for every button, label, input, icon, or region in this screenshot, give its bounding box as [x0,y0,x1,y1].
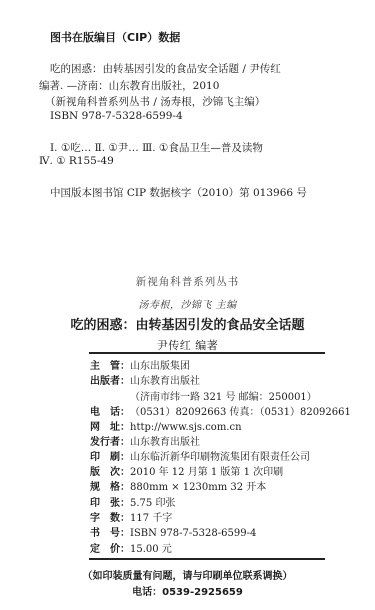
quality-note: （如印装质量有问题，请与印刷单位联系调换） [0,567,375,582]
colophon-row-phone: 电 话：（0531）82092663 传真：（0531）82092661 [90,403,351,418]
colophon-row-wordcount: 字 数：117 千字 [90,509,172,524]
colophon-row-sheets: 印 张：5.75 印张 [90,494,175,509]
divider-top [89,352,325,354]
printer-phone: 电话：0539-2925659 [0,583,375,598]
cip-line-publisher: 编著. —济南：山东教育出版社，2010 [39,78,219,93]
book-title: 吃的困惑：由转基因引发的食品安全话题 [0,314,375,333]
colophon-row-format: 规 格：880mm × 1230mm 32 开本 [90,478,266,493]
cip-line-classification: Ⅰ. ①吃… Ⅱ. ①尹… Ⅲ. ①食品卫生—普及读物 [50,140,263,155]
colophon-row-distributor: 发行者：山东教育出版社 [90,433,200,448]
colophon-row-isbn: 书 号：ISBN 978-7-5328-6599-4 [90,524,256,539]
colophon-row-supervisor: 主 管：山东出版集团 [90,357,190,372]
series-name: 新视角科普系列丛书 [0,274,375,289]
colophon-row-address: （济南市纬一路 321 号 邮编：250001） [90,388,317,403]
cip-line-title: 吃的困惑：由转基因引发的食品安全话题 / 尹传红 [50,61,281,76]
colophon-row-publisher: 出版者：山东教育出版社 [90,372,200,387]
cip-line-verification: 中国版本图书馆 CIP 数据核字（2010）第 013966 号 [50,185,307,200]
cip-line-series: （新视角科普系列丛书 / 汤寿根，沙锦飞主编） [45,94,265,109]
divider-bottom [89,558,325,560]
colophon-row-edition: 版 次：2010 年 12 月第 1 版第 1 次印刷 [90,463,283,478]
cip-heading: 图书在版编目（CIP）数据 [50,29,180,45]
colophon-row-printer: 印 刷：山东临沂新华印刷物流集团有限责任公司 [90,448,310,463]
cip-line-isbn: ISBN 978-7-5328-6599-4 [50,110,183,122]
series-editors: 汤寿根，沙锦飞 主编 [0,296,375,311]
colophon-row-price: 定 价：15.00 元 [90,540,172,555]
cip-line-clc: Ⅳ. ① R155-49 [39,155,114,167]
book-author: 尹传红 编著 [0,337,375,353]
colophon-row-website: 网 址：http://www.sjs.com.cn [90,418,242,433]
